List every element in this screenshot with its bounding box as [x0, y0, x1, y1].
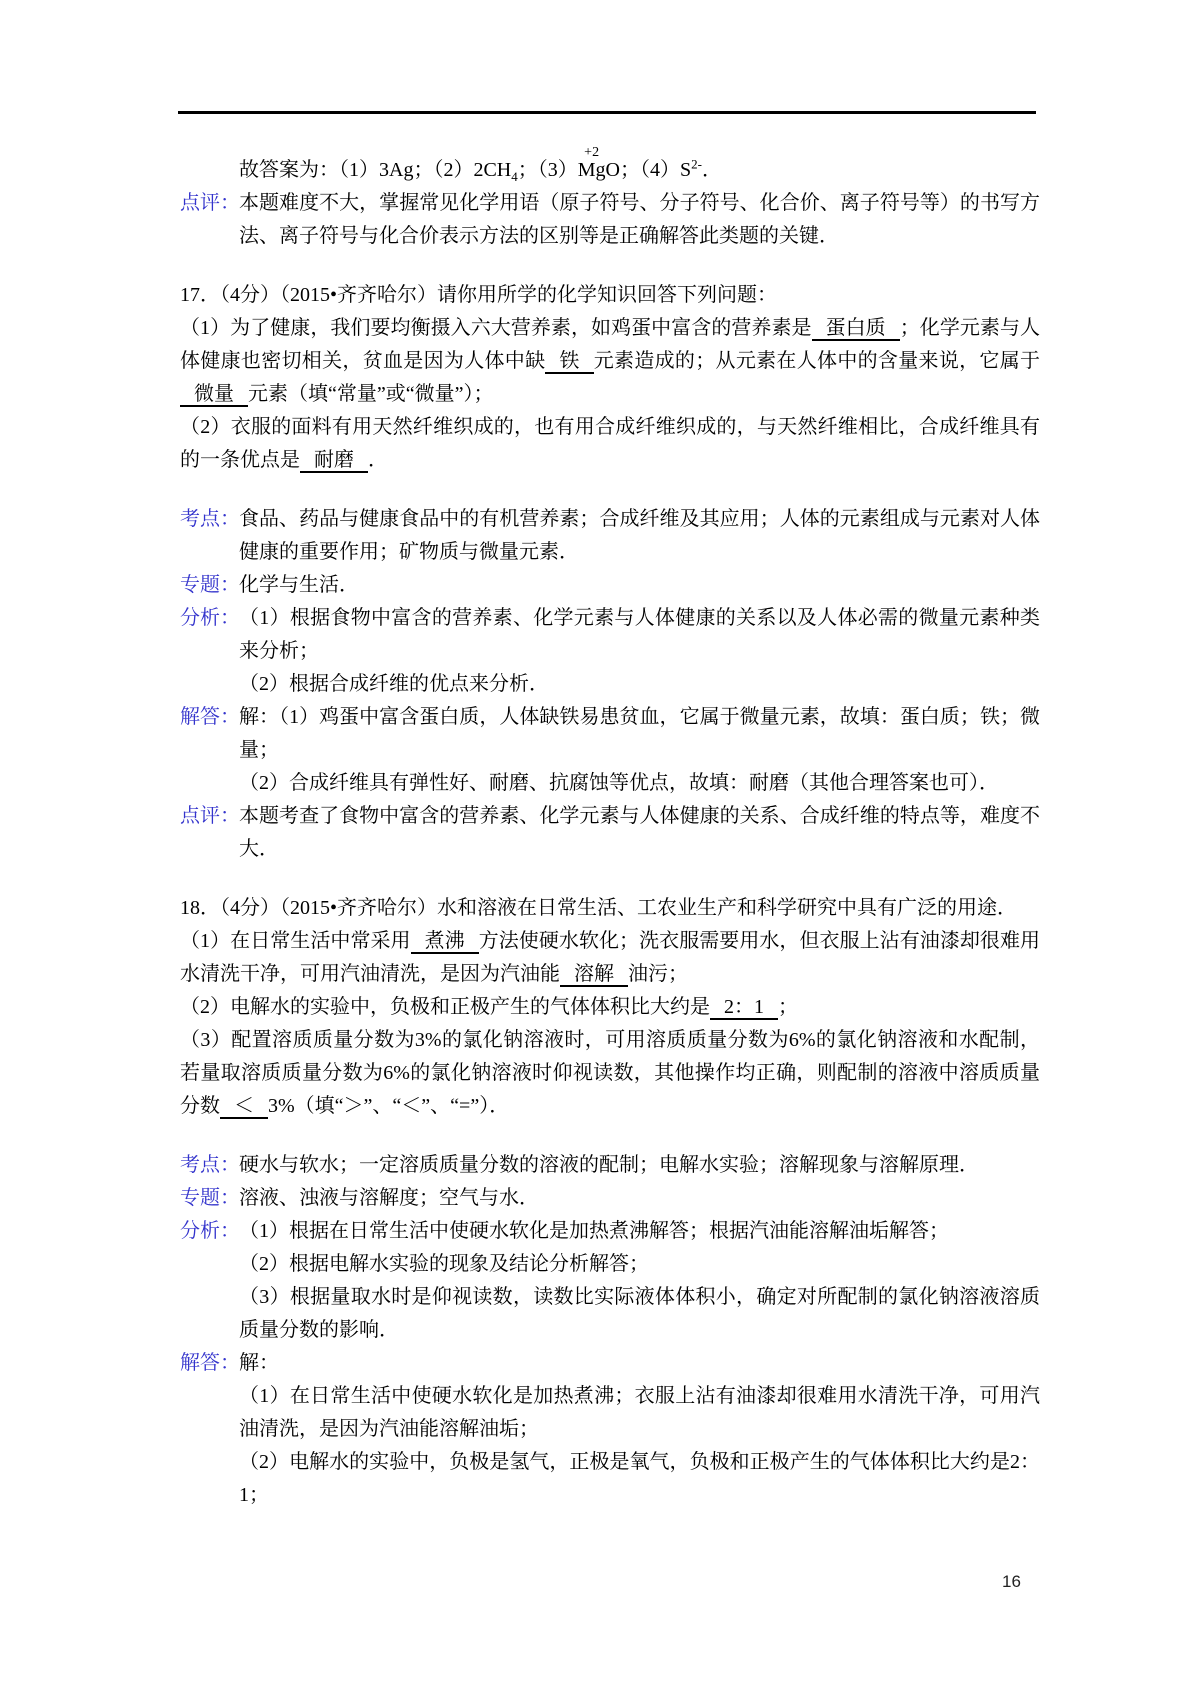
question-18: 18．（4分）（2015•齐齐哈尔）水和溶液在日常生活、工农业生产和科学研究中具… — [180, 892, 1040, 1123]
paragraph: （3）配置溶质质量分数为3%的氯化钠溶液时，可用溶质质量分数为6%的氯化钠溶液和… — [180, 1024, 1040, 1123]
paragraph: 故答案为：（1）3Ag；（2）2CH4；（3）+2MgO；（4）S2-． — [239, 154, 1040, 187]
paragraph: （2）电解水的实验中，负极和正极产生的气体体积比大约是2：1； — [180, 991, 1040, 1024]
paragraph: 解： — [239, 1347, 1040, 1380]
paragraph: （1）在日常生活中常采用煮沸方法使硬水软化；洗衣服需要用水，但衣服上沾有油漆却很… — [180, 925, 1040, 991]
paragraph: 溶液、浊液与溶解度；空气与水． — [239, 1182, 1040, 1215]
paragraph: （2）根据电解水实验的现象及结论分析解答； — [239, 1248, 1040, 1281]
comment-block: 点评：本题考查了食物中富含的营养素、化学元素与人体健康的关系、合成纤维的特点等，… — [180, 800, 1040, 866]
previous-answer-line: 故答案为：（1）3Ag；（2）2CH4；（3）+2MgO；（4）S2-． — [180, 154, 1040, 187]
paragraph: 食品、药品与健康食品中的有机营养素；合成纤维及其应用；人体的元素组成与元素对人体… — [239, 503, 1040, 569]
topic-block: 专题：溶液、浊液与溶解度；空气与水． — [180, 1182, 1040, 1215]
paragraph: （2）电解水的实验中，负极是氢气，正极是氧气，负极和正极产生的气体体积比大约是2… — [239, 1446, 1040, 1512]
comment-block: 点评：本题难度不大，掌握常见化学用语（原子符号、分子符号、化合价、离子符号等）的… — [180, 187, 1040, 253]
paragraph: （1）根据在日常生活中使硬水软化是加热煮沸解答；根据汽油能溶解油垢解答； — [239, 1215, 1040, 1248]
question-17: 17．（4分）（2015•齐齐哈尔）请你用所学的化学知识回答下列问题：（1）为了… — [180, 279, 1040, 477]
topic-block: 专题：化学与生活． — [180, 569, 1040, 602]
section-label: 考点： — [180, 503, 240, 536]
answer-blank: 煮沸 — [411, 930, 479, 954]
paragraph: 17．（4分）（2015•齐齐哈尔）请你用所学的化学知识回答下列问题： — [180, 279, 1040, 312]
header-rule — [178, 111, 1036, 114]
analysis-block: 分析：（1）根据食物中富含的营养素、化学元素与人体健康的关系以及人体必需的微量元… — [180, 602, 1040, 701]
element-symbol: Mg — [578, 159, 606, 181]
paragraph: 18．（4分）（2015•齐齐哈尔）水和溶液在日常生活、工农业生产和科学研究中具… — [180, 892, 1040, 925]
section-label: 专题： — [180, 1182, 240, 1215]
answer-blank: 蛋白质 — [812, 317, 900, 341]
page-number: 16 — [1002, 1572, 1021, 1592]
document-body: 故答案为：（1）3Ag；（2）2CH4；（3）+2MgO；（4）S2-．点评：本… — [180, 138, 1040, 1512]
answer-blank: 耐磨 — [300, 449, 368, 473]
superscript: 2- — [691, 156, 702, 171]
paragraph: 硬水与软水；一定溶质质量分数的溶液的配制；电解水实验；溶解现象与溶解原理． — [239, 1149, 1040, 1182]
paragraph: 本题考查了食物中富含的营养素、化学元素与人体健康的关系、合成纤维的特点等，难度不… — [239, 800, 1040, 866]
answer-blank: 微量 — [180, 383, 248, 407]
section-label: 专题： — [180, 569, 240, 602]
section-label: 考点： — [180, 1149, 240, 1182]
document-page: 故答案为：（1）3Ag；（2）2CH4；（3）+2MgO；（4）S2-．点评：本… — [0, 0, 1200, 1698]
section-label: 分析： — [180, 1215, 240, 1248]
paragraph: 解：（1）鸡蛋中富含蛋白质，人体缺铁易患贫血，它属于微量元素，故填：蛋白质；铁；… — [239, 701, 1040, 767]
subscript: 4 — [511, 169, 518, 184]
paragraph: 化学与生活． — [239, 569, 1040, 602]
answer-blank: 铁 — [545, 350, 593, 374]
answer-blank: 2：1 — [710, 996, 778, 1020]
answer-blank: 溶解 — [560, 963, 628, 987]
paragraph: （2）衣服的面料有用天然纤维织成的，也有用合成纤维织成的，与天然纤维相比，合成纤… — [180, 411, 1040, 477]
solution-block: 解答：解：（1）在日常生活中使硬水软化是加热煮沸；衣服上沾有油漆却很难用水清洗干… — [180, 1347, 1040, 1512]
paragraph: （3）根据量取水时是仰视读数，读数比实际液体体积小，确定对所配制的氯化钠溶液溶质… — [239, 1281, 1040, 1347]
section-label: 分析： — [180, 602, 240, 635]
solution-block: 解答：解：（1）鸡蛋中富含蛋白质，人体缺铁易患贫血，它属于微量元素，故填：蛋白质… — [180, 701, 1040, 800]
paragraph: （2）根据合成纤维的优点来分析． — [239, 668, 1040, 701]
section-label: 解答： — [180, 1347, 240, 1380]
section-label: 点评： — [180, 800, 240, 833]
paragraph: 本题难度不大，掌握常见化学用语（原子符号、分子符号、化合价、离子符号等）的书写方… — [239, 187, 1040, 253]
exam-points-block: 考点：硬水与软水；一定溶质质量分数的溶液的配制；电解水实验；溶解现象与溶解原理． — [180, 1149, 1040, 1182]
analysis-block: 分析：（1）根据在日常生活中使硬水软化是加热煮沸解答；根据汽油能溶解油垢解答；（… — [180, 1215, 1040, 1347]
answer-blank: ＜ — [220, 1095, 268, 1119]
paragraph: （1）在日常生活中使硬水软化是加热煮沸；衣服上沾有油漆却很难用水清洗干净，可用汽… — [239, 1380, 1040, 1446]
section-label: 解答： — [180, 701, 240, 734]
valence-stack: +2Mg — [578, 160, 606, 180]
section-label: 点评： — [180, 187, 240, 220]
exam-points-block: 考点：食品、药品与健康食品中的有机营养素；合成纤维及其应用；人体的元素组成与元素… — [180, 503, 1040, 569]
paragraph: （2）合成纤维具有弹性好、耐磨、抗腐蚀等优点，故填：耐磨（其他合理答案也可）． — [239, 767, 1040, 800]
paragraph: （1）为了健康，我们要均衡摄入六大营养素，如鸡蛋中富含的营养素是蛋白质；化学元素… — [180, 312, 1040, 411]
valence-number: +2 — [584, 146, 599, 160]
paragraph: （1）根据食物中富含的营养素、化学元素与人体健康的关系以及人体必需的微量元素种类… — [239, 602, 1040, 668]
